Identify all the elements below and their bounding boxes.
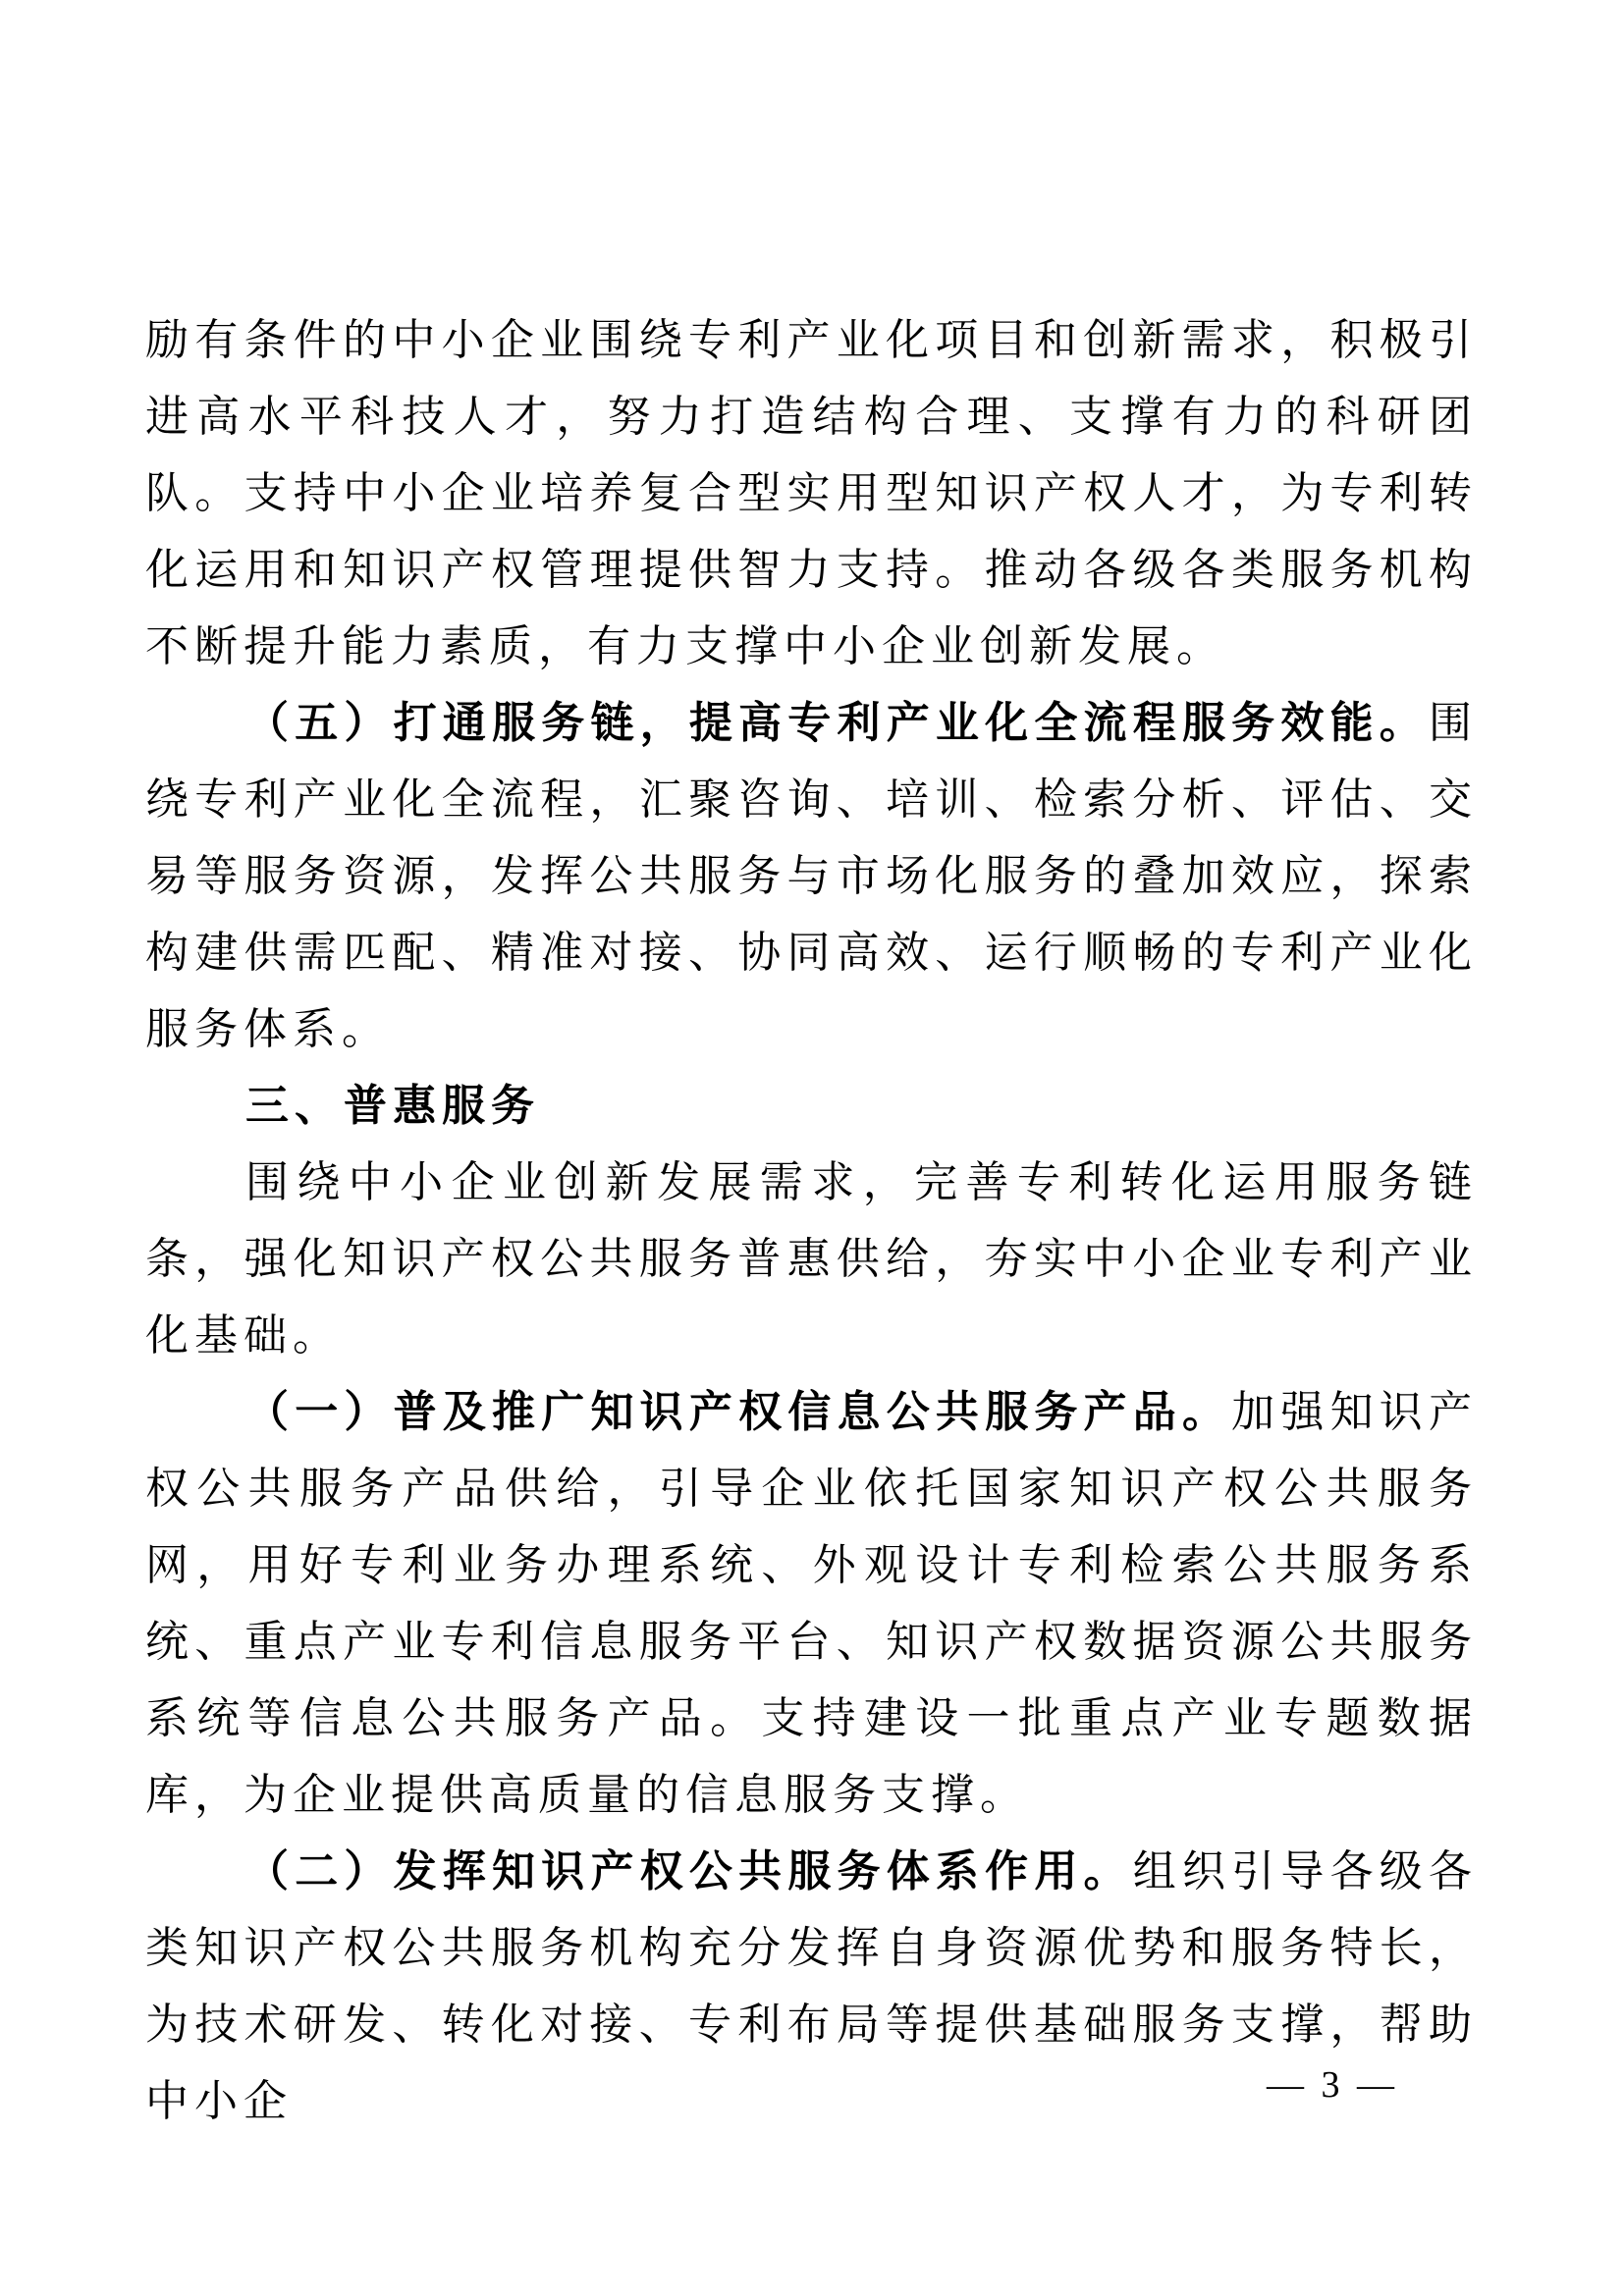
section-heading: 三、普惠服务: [145, 1068, 1478, 1145]
page-number: — 3 —: [1267, 2061, 1398, 2109]
document-page: 励有条件的中小企业围绕专利产业化项目和创新需求，积极引进高水平科技人才，努力打造…: [0, 0, 1624, 2296]
paragraph-lead-bold: （五）打通服务链，提高专利产业化全流程服务效能。: [245, 699, 1429, 747]
paragraph-lead-bold: （二）发挥知识产权公共服务体系作用。: [245, 1847, 1133, 1896]
document-body: 励有条件的中小企业围绕专利产业化项目和创新需求，积极引进高水平科技人才，努力打造…: [145, 302, 1478, 2140]
paragraph-section-intro: 围绕中小企业创新发展需求，完善专利转化运用服务链条，强化知识产权公共服务普惠供给…: [145, 1145, 1478, 1374]
text-run: 围绕中小企业创新发展需求，完善专利转化运用服务链条，强化知识产权公共服务普惠供给…: [145, 1158, 1478, 1360]
text-run: 围绕专利产业化全流程，汇聚咨询、培训、检索分析、评估、交易等服务资源，发挥公共服…: [145, 699, 1478, 1053]
paragraph-continued: 励有条件的中小企业围绕专利产业化项目和创新需求，积极引进高水平科技人才，努力打造…: [145, 302, 1478, 685]
text-run: 励有条件的中小企业围绕专利产业化项目和创新需求，积极引进高水平科技人才，努力打造…: [145, 316, 1478, 670]
paragraph-lead-bold: （一）普及推广知识产权信息公共服务产品。: [245, 1388, 1231, 1436]
text-run: 加强知识产权公共服务产品供给，引导企业依托国家知识产权公共服务网，用好专利业务办…: [145, 1388, 1478, 1819]
paragraph-item-5: （五）打通服务链，提高专利产业化全流程服务效能。围绕专利产业化全流程，汇聚咨询、…: [145, 685, 1478, 1068]
paragraph-item-1: （一）普及推广知识产权信息公共服务产品。加强知识产权公共服务产品供给，引导企业依…: [145, 1374, 1478, 1834]
